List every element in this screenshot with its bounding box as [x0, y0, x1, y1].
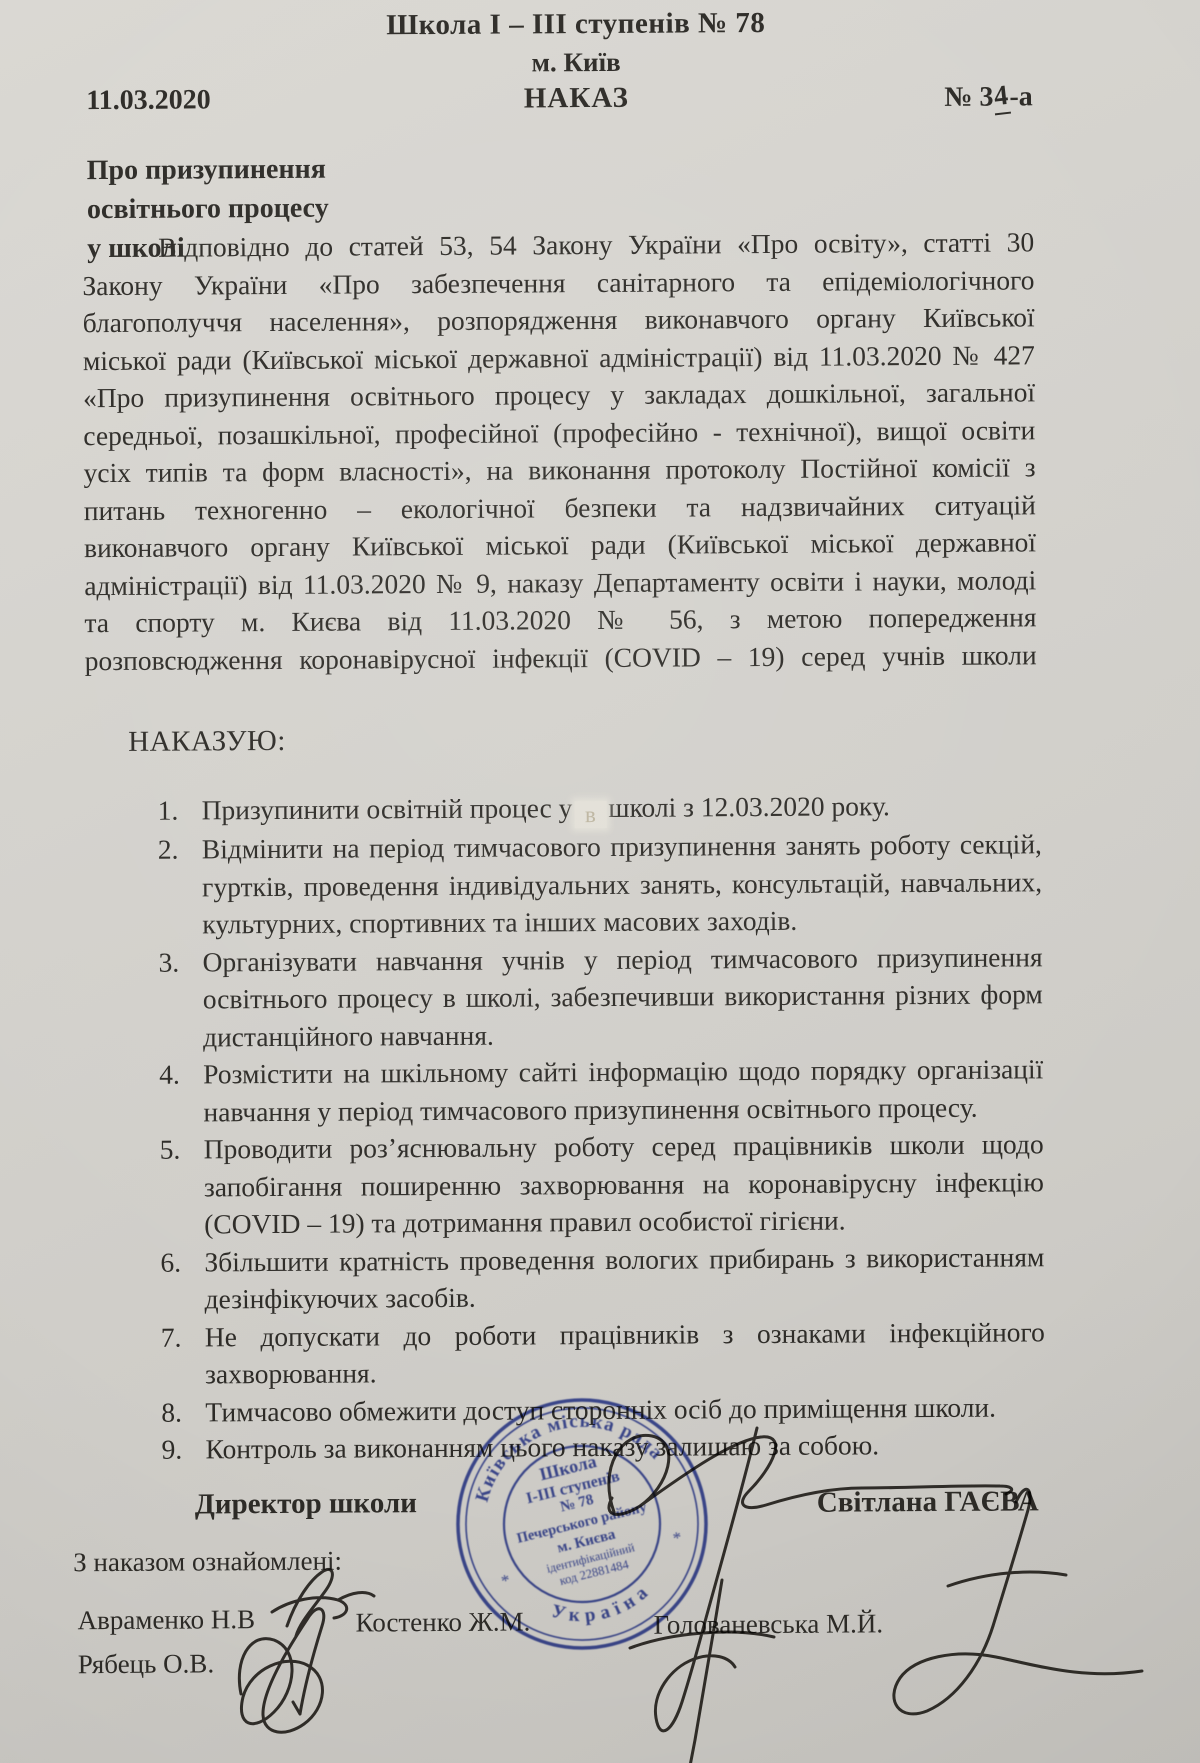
item-text: Не допускати до роботи працівників з озн… — [205, 1313, 1045, 1393]
item-number: 7. — [161, 1318, 205, 1393]
order-item-7: 7. Не допускати до роботи працівників з … — [161, 1313, 1045, 1393]
item-text: Призупинити освітній процес увшколі з 12… — [202, 786, 1042, 830]
item-1-after: школі з 12.03.2020 року. — [608, 790, 890, 823]
order-item-3: 3. Організувати навчання учнів у період … — [158, 938, 1043, 1056]
order-item-6: 6. Збільшити кратність проведення вологи… — [160, 1238, 1044, 1318]
city-line: м. Київ — [36, 44, 1116, 82]
item-number: 3. — [158, 943, 203, 1056]
item-number: 1. — [158, 791, 202, 830]
item-number: 9. — [161, 1430, 205, 1468]
item-text: Організувати навчання учнів у період тим… — [202, 938, 1043, 1056]
item-1-before: Призупинити освітній процес у — [202, 792, 573, 825]
order-item-4: 4. Розмістити на шкільному сайті інформа… — [159, 1050, 1043, 1130]
order-items-list: 1. Призупинити освітній процес увшколі з… — [158, 786, 1046, 1468]
item-number: 5. — [160, 1130, 205, 1243]
item-number: 8. — [161, 1393, 205, 1431]
order-item-1: 1. Призупинити освітній процес увшколі з… — [158, 786, 1042, 830]
order-number-suffix: -а — [1009, 81, 1033, 112]
order-item-5: 5. Проводити роз’яснювальну роботу серед… — [160, 1125, 1045, 1243]
signee-ryabets: Рябець О.В. — [78, 1648, 214, 1680]
item-number: 2. — [158, 830, 203, 943]
document-sheet: Школа І – ІІІ ступенів № 78 м. Київ 11.0… — [0, 0, 1200, 1763]
item-number: 6. — [160, 1243, 204, 1318]
item-text: Відмінити на період тимчасового призупин… — [202, 825, 1043, 943]
acknowledged-label: З наказом ознайомлені: — [73, 1546, 342, 1579]
resolve-heading: НАКАЗУЮ: — [128, 725, 286, 759]
director-name: Світлана ГАЄВА — [817, 1485, 1039, 1519]
order-item-2: 2. Відмінити на період тимчасового призу… — [158, 825, 1043, 943]
order-number-prefix: № 3 — [944, 82, 993, 113]
order-number-handwritten-digit: 4 — [992, 80, 1012, 116]
item-text: Розмістити на шкільному сайті інформацію… — [203, 1050, 1043, 1130]
correction-patch: в — [574, 801, 606, 828]
director-label: Директор школи — [195, 1487, 417, 1521]
official-round-stamp: Київська міська рада Україна * * Школа І… — [450, 1392, 714, 1656]
header-row: 11.03.2020 НАКАЗ № 34-а — [36, 79, 1116, 122]
order-preamble: Відповідно до статей 53, 54 Закону Украї… — [82, 223, 1037, 679]
item-number: 4. — [159, 1055, 203, 1130]
school-name: Школа І – ІІІ ступенів № 78 — [36, 5, 1116, 45]
signee-avramenko: Авраменко Н.В — [77, 1604, 255, 1636]
item-text: Збільшити кратність проведення вологих п… — [204, 1238, 1044, 1318]
document-header: Школа І – ІІІ ступенів № 78 м. Київ 11.0… — [36, 5, 1116, 82]
item-text: Проводити роз’яснювальну роботу серед пр… — [204, 1125, 1045, 1243]
stamp-star-right: * — [671, 1528, 684, 1548]
order-number: № 34-а — [944, 81, 1033, 116]
stamp-star-left: * — [499, 1570, 512, 1590]
